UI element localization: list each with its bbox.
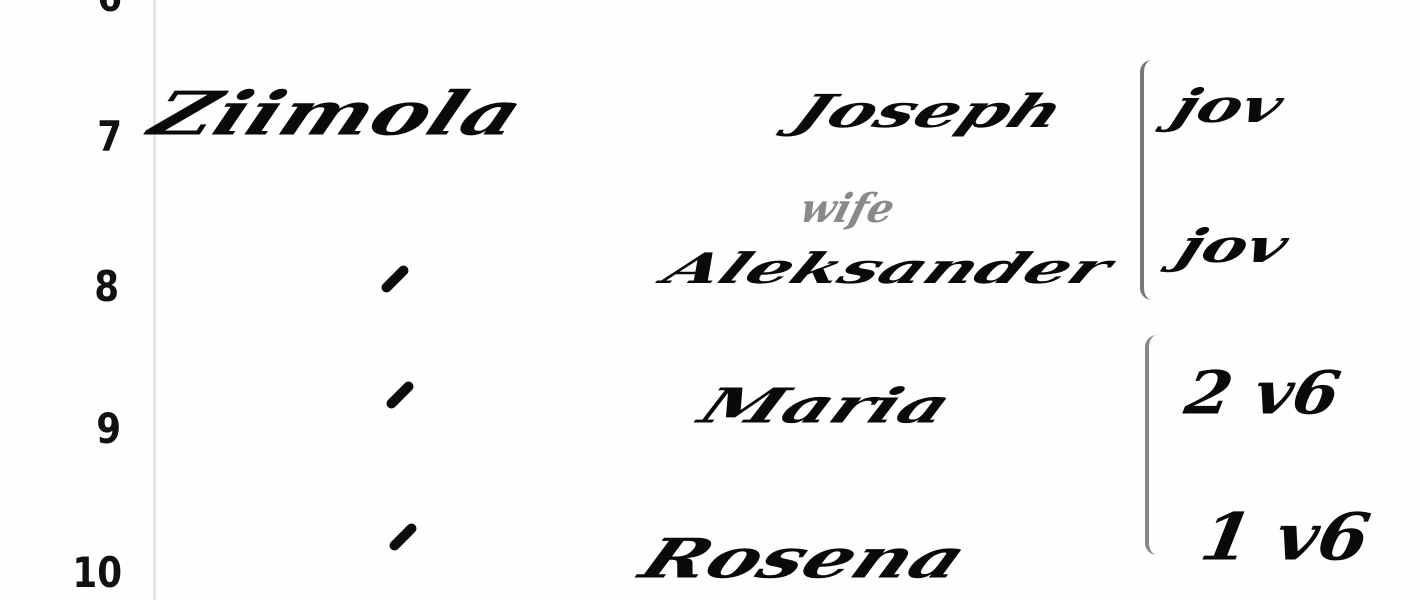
annotation-entry: wife: [795, 185, 900, 232]
row-number: 7: [97, 112, 122, 161]
given-name-entry: Maria: [690, 378, 961, 434]
value-entry: jov: [1165, 78, 1291, 133]
row-number: 9: [96, 404, 121, 453]
given-name-entry: Joseph: [785, 84, 1074, 138]
row-number: 10: [72, 548, 122, 597]
row-number: 6: [97, 0, 122, 21]
ditto-mark: [387, 521, 418, 552]
surname-entry: Ziimola: [140, 78, 533, 149]
grouping-brace: [1140, 60, 1162, 300]
margin-rule: [153, 0, 156, 600]
ditto-mark: [379, 263, 410, 294]
value-entry: 2 v6: [1180, 358, 1346, 428]
value-entry: jov: [1170, 218, 1296, 273]
ditto-mark: [384, 379, 415, 410]
given-name-entry: Rosena: [630, 527, 977, 591]
row-number: 8: [94, 262, 119, 311]
given-name-entry: Aleksander: [655, 243, 1121, 293]
value-entry: 1 v6: [1195, 499, 1376, 576]
document-page: 6 7 8 9 10 Ziimola Joseph jov wife Aleks…: [0, 0, 1420, 600]
grouping-brace: [1145, 335, 1167, 555]
